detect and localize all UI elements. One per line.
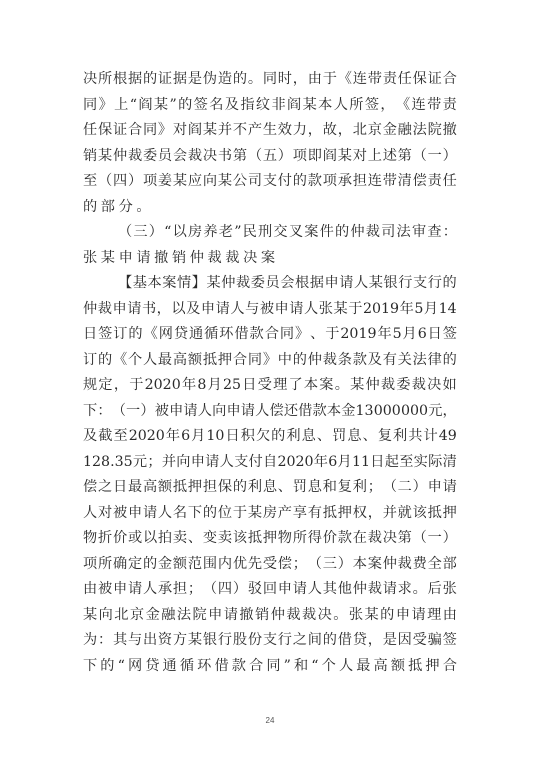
text-line: 下的“网贷通循环借款合同”和“个人最高额抵押合 bbox=[83, 654, 457, 680]
text-line: 128.35元；并向申请人支付自2020年6月11日起至实际清 bbox=[83, 450, 457, 476]
text-line: （三）“以房养老”民刑交叉案件的仲裁司法审查： bbox=[83, 220, 457, 246]
text-line: 张某申请撤销仲裁裁决案 bbox=[83, 246, 457, 272]
document-page: 决所根据的证据是伪造的。同时，由于《连带责任保证合同》上“阎某”的签名及指纹非阎… bbox=[0, 0, 540, 763]
text-line: 仲裁申请书，以及申请人与被申请人张某于2019年5月14 bbox=[83, 297, 457, 323]
text-line: 及截至2020年6月10日积欠的利息、罚息、复利共计49 bbox=[83, 424, 457, 450]
text-line: 日签订的《网贷通循环借款合同》、于2019年5月6日签 bbox=[83, 322, 457, 348]
text-line: 为：其与出资方某银行股份支行之间的借贷，是因受骗签 bbox=[83, 628, 457, 654]
text-line: 项所确定的金额范围内优先受偿；（三）本案仲裁费全部 bbox=[83, 552, 457, 578]
text-line: 订的《个人最高额抵押合同》中的仲裁条款及有关法律的 bbox=[83, 348, 457, 374]
text-line: 物折价或以拍卖、变卖该抵押物所得价款在裁决第（一） bbox=[83, 526, 457, 552]
text-line: 销某仲裁委员会裁决书第（五）项即阎某对上述第（一） bbox=[83, 144, 457, 170]
text-line: 同》上“阎某”的签名及指纹非阎某本人所签，《连带责 bbox=[83, 93, 457, 119]
text-line: 规定，于2020年8月25日受理了本案。某仲裁委裁决如 bbox=[83, 373, 457, 399]
body-text: 决所根据的证据是伪造的。同时，由于《连带责任保证合同》上“阎某”的签名及指纹非阎… bbox=[83, 67, 457, 679]
text-line: 偿之日最高额抵押担保的利息、罚息和复利；（二）申请 bbox=[83, 475, 457, 501]
text-line: 人对被申请人名下的位于某房产享有抵押权，并就该抵押 bbox=[83, 501, 457, 527]
text-line: 由被申请人承担；（四）驳回申请人其他仲裁请求。后张 bbox=[83, 577, 457, 603]
page-number: 24 bbox=[0, 716, 540, 725]
text-line: 至（四）项姜某应向某公司支付的款项承担连带清偿责任 bbox=[83, 169, 457, 195]
text-line: 任保证合同》对阎某并不产生效力，故，北京金融法院撤 bbox=[83, 118, 457, 144]
text-line: 决所根据的证据是伪造的。同时，由于《连带责任保证合 bbox=[83, 67, 457, 93]
text-line: 的部分。 bbox=[83, 195, 457, 221]
text-line: 某向北京金融法院申请撤销仲裁裁决。张某的申请理由 bbox=[83, 603, 457, 629]
text-line: 下：（一）被申请人向申请人偿还借款本金13000000元， bbox=[83, 399, 457, 425]
text-line: 【基本案情】某仲裁委员会根据申请人某银行支行的 bbox=[83, 271, 457, 297]
